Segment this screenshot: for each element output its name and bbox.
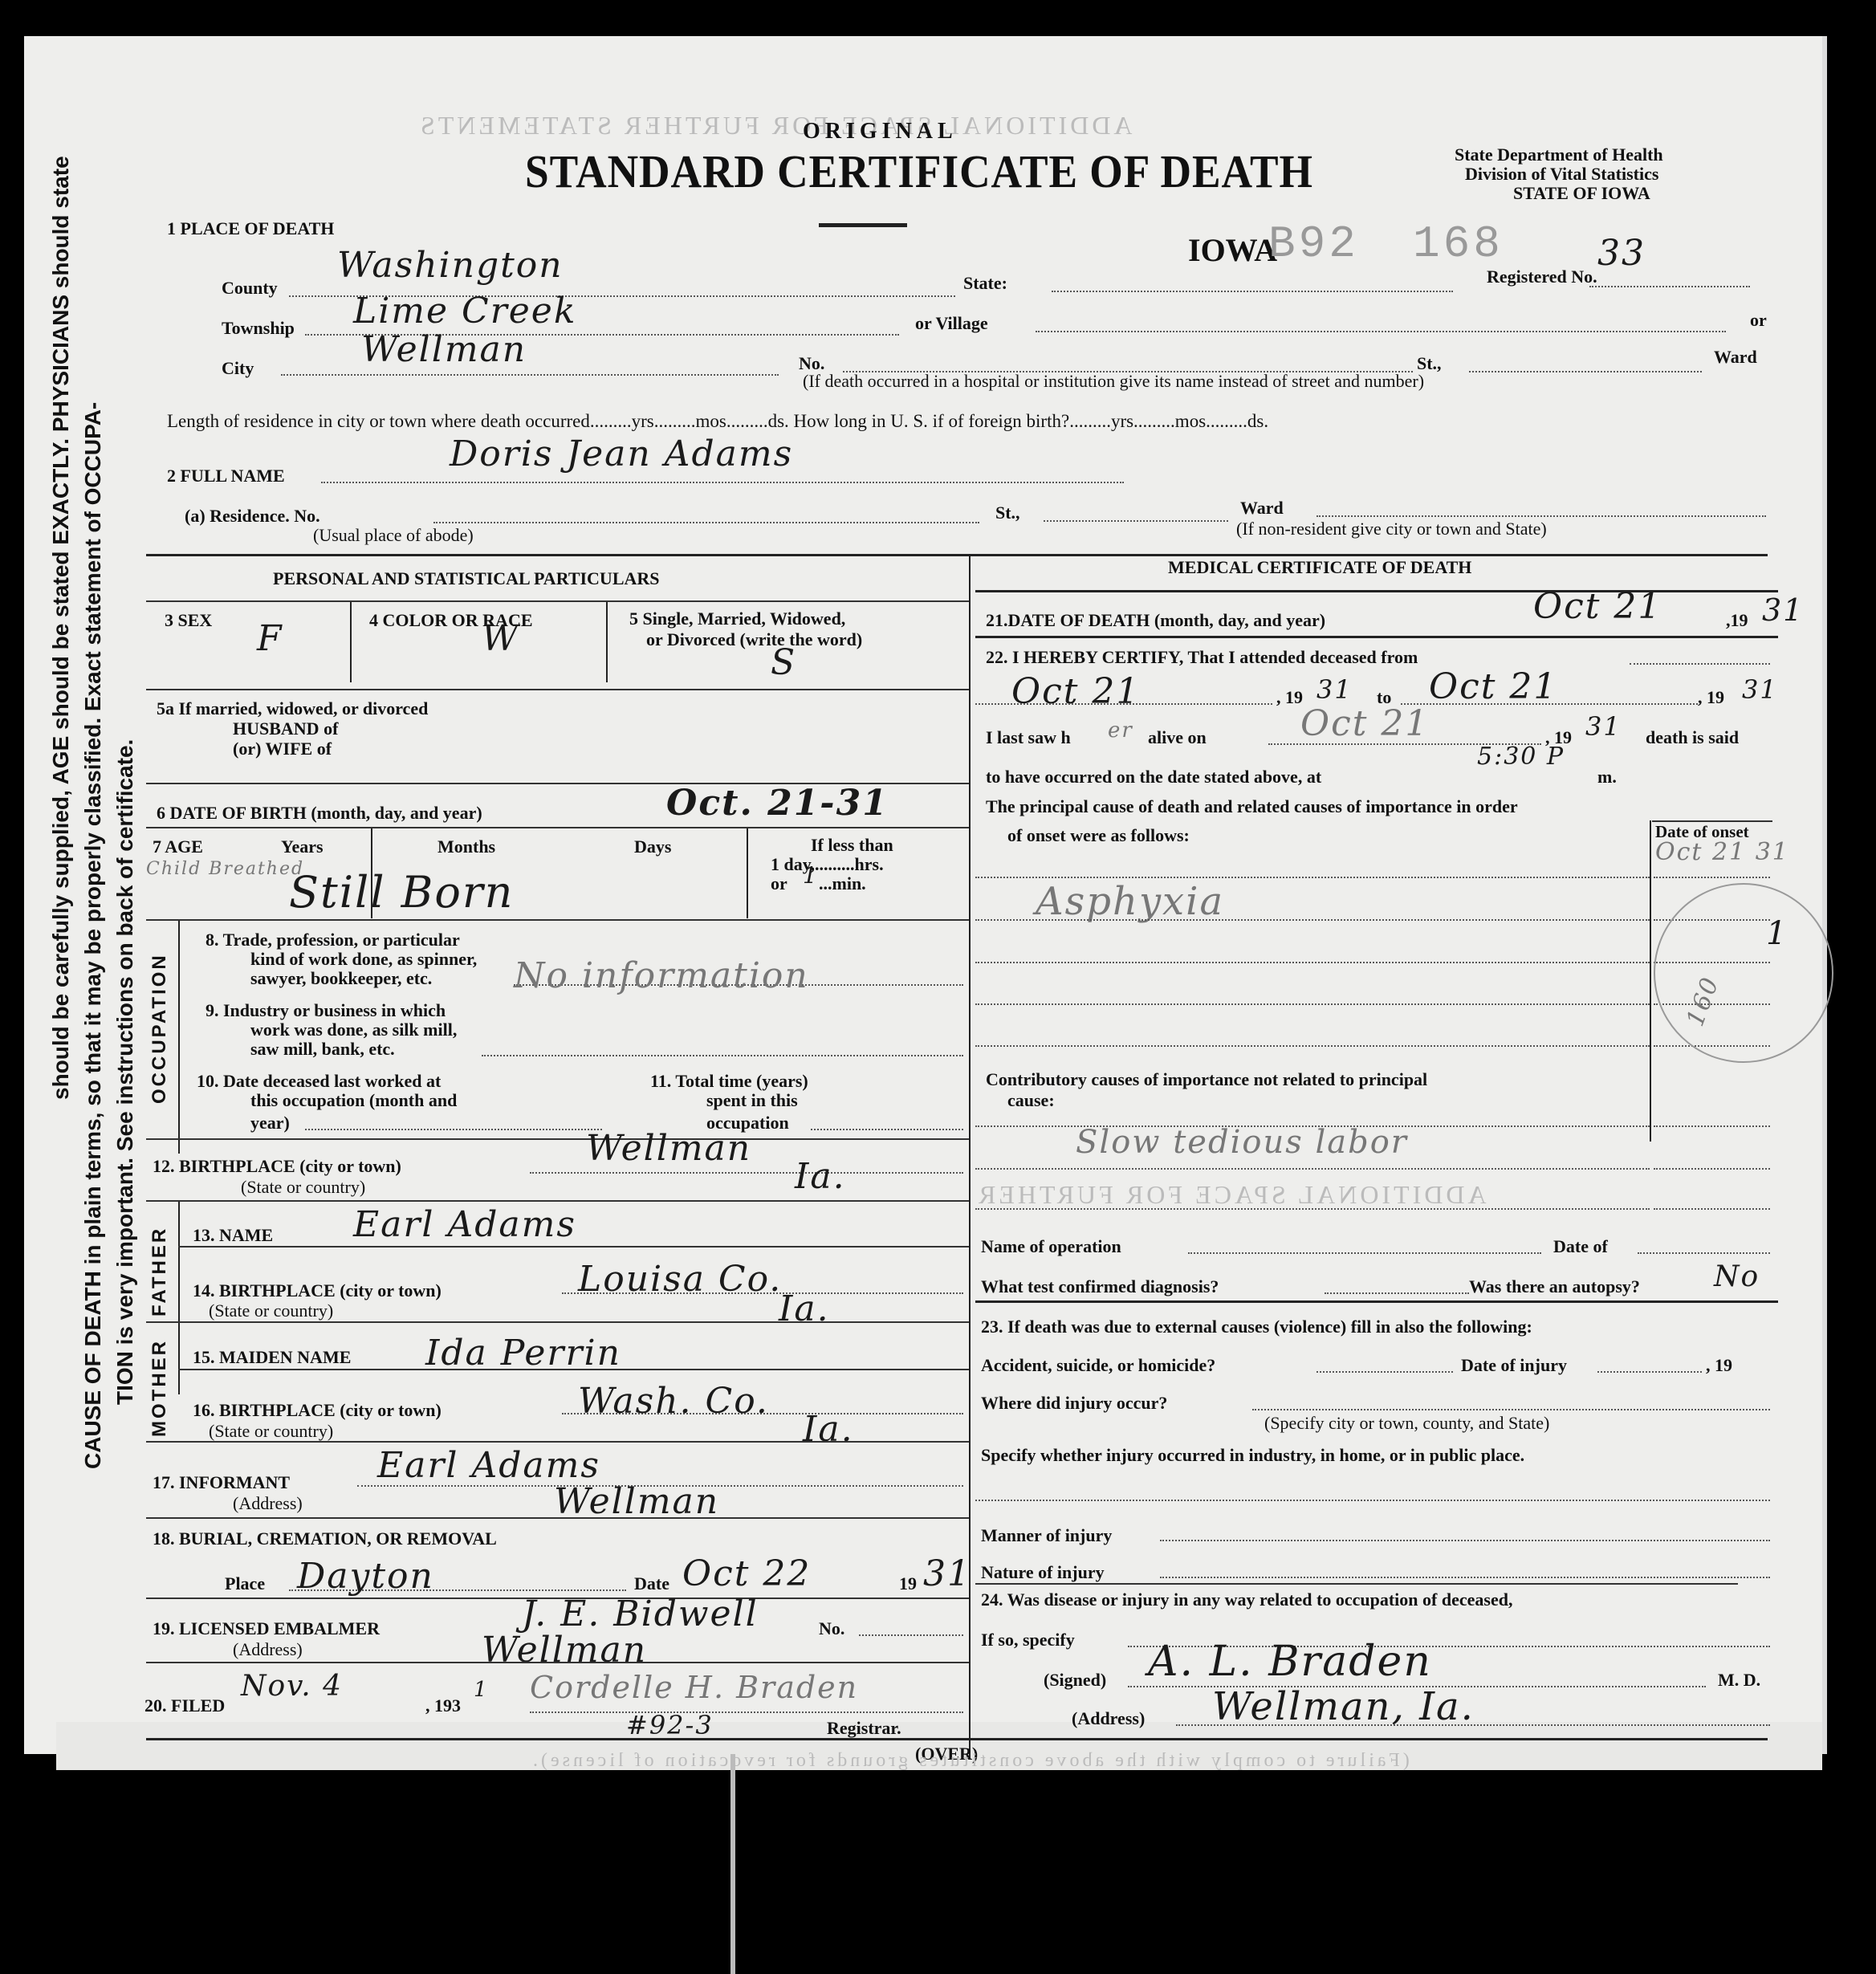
filed-date-value: Nov. 4 (241, 1670, 343, 1703)
last-saw-label-2: alive on (1148, 727, 1207, 748)
agency-line2: Division of Vital Statistics (1465, 164, 1658, 185)
contributory-1: Contributory causes of importance not re… (986, 1069, 1427, 1090)
less-than-min-value: 1 (803, 862, 819, 889)
embalmer-no-label: No. (819, 1618, 844, 1639)
age-months-label: Months (437, 836, 495, 857)
last-saw-year: 31 (1585, 711, 1622, 742)
last-saw-label-1: I last saw h (986, 727, 1071, 748)
manner-label: Manner of injury (981, 1525, 1112, 1546)
dob-label: 6 DATE OF BIRTH (month, day, and year) (157, 803, 482, 824)
occupation-side-label: OCCUPATION (149, 953, 171, 1104)
dod-value: Oct 21 (1533, 586, 1662, 627)
attended-from-year: 31 (1316, 674, 1353, 705)
marital-label-2: or Divorced (write the word) (646, 629, 862, 650)
informant-label: 17. INFORMANT (153, 1472, 290, 1493)
address-value: Wellman, Ia. (1212, 1684, 1475, 1729)
father-name-value: Earl Adams (353, 1204, 576, 1245)
filed-year-value: 1 (474, 1678, 489, 1702)
medical-heading: MEDICAL CERTIFICATE OF DEATH (1168, 557, 1471, 578)
signed-value: A. L. Braden (1148, 1638, 1432, 1686)
occupation-related-label: 24. Was disease or injury in any way rel… (981, 1589, 1512, 1610)
village-label: or Village (915, 313, 988, 334)
father-name-label: 13. NAME (193, 1225, 273, 1246)
onset-value: Oct 21 31 (1655, 838, 1789, 866)
marital-value: S (771, 642, 796, 683)
birthplace-state-value: Ia. (795, 1156, 846, 1197)
embalmer-sub: (Address) (233, 1639, 303, 1660)
page-title: STANDARD CERTIFICATE OF DEATH (525, 144, 1313, 198)
principal-2: of onset were as follows: (1007, 825, 1190, 846)
less-than-min-label: ...min. (819, 873, 866, 894)
where-label: Where did injury occur? (981, 1393, 1167, 1414)
signed-label: (Signed) (1044, 1670, 1106, 1691)
original-mark: ORIGINAL (803, 119, 958, 144)
registrar-number: #92-3 (626, 1710, 714, 1740)
father-side-label: FATHER (149, 1227, 171, 1317)
scan-edge (730, 1754, 735, 1974)
attended-to-year-prefix: , 19 (1698, 687, 1724, 708)
trade-3: sawyer, bookkeeper, etc. (250, 968, 432, 989)
place-of-death-label: 1 PLACE OF DEATH (167, 218, 334, 239)
side-instruction-line1: should be carefully supplied, AGE should… (48, 156, 74, 1100)
birthplace-sub: (State or country) (241, 1177, 365, 1198)
title-rule (819, 223, 907, 227)
ghost-reverse-text: ADDITIONAL SPACE FOR FURTHER STATEMENTS (417, 111, 1133, 140)
birthplace-city-value: Wellman (586, 1128, 751, 1169)
spouse-label-2: HUSBAND of (233, 718, 338, 739)
burial-place-value: Dayton (297, 1556, 434, 1597)
township-value: Lime Creek (353, 291, 576, 332)
filed-label: 20. FILED (144, 1695, 225, 1716)
md-label: M. D. (1718, 1670, 1760, 1691)
ghost-footer-text: (Failure to comply with the above consti… (530, 1750, 1410, 1772)
spouse-label-3: (or) WIFE of (233, 739, 332, 759)
residence-st-label: St., (995, 503, 1020, 523)
county-label: County (222, 278, 278, 299)
mother-maiden-value: Ida Perrin (425, 1333, 621, 1374)
time-value: 5:30 P (1477, 743, 1565, 771)
dod-label: 21.DATE OF DEATH (month, day, and year) (986, 610, 1325, 631)
stamp-code: B92 (1268, 218, 1359, 270)
registrar-signature: Cordelle H. Braden (530, 1670, 858, 1705)
dod-year-prefix: ,19 (1726, 610, 1748, 631)
marital-label-1: 5 Single, Married, Widowed, (629, 608, 845, 629)
race-value: W (482, 618, 519, 659)
burial-date-value: Oct 22 (682, 1553, 811, 1594)
attended-to-year: 31 (1742, 674, 1778, 705)
mother-birthplace-label: 16. BIRTHPLACE (city or town) (193, 1400, 442, 1421)
ward-label: Ward (1714, 347, 1757, 368)
principal-1: The principal cause of death and related… (986, 796, 1518, 817)
stamp-number: 168 (1413, 218, 1504, 270)
time-suffix: m. (1597, 767, 1617, 788)
informant-sub: (Address) (233, 1493, 303, 1514)
where-sub: (Specify city or town, county, and State… (1264, 1413, 1549, 1434)
ghost-middle-text: ADDITIONAL SPACE FOR FURTHER (975, 1180, 1487, 1210)
dob-value: Oct. 21-31 (666, 783, 889, 824)
embalmer-address: Wellman (482, 1630, 647, 1671)
mother-maiden-label: 15. MAIDEN NAME (193, 1347, 351, 1368)
full-name-label: 2 FULL NAME (167, 466, 285, 486)
registered-value: 33 (1597, 233, 1646, 274)
dod-year-value: 31 (1762, 592, 1804, 628)
personal-heading: PERSONAL AND STATISTICAL PARTICULARS (273, 568, 660, 589)
age-value: Still Born (289, 867, 514, 918)
less-than-2: 1 day,.........hrs. (771, 854, 884, 875)
last-saw-date: Oct 21 (1300, 703, 1429, 744)
spouse-label-1: 5a If married, widowed, or divorced (157, 698, 428, 719)
full-name-value: Doris Jean Adams (450, 433, 793, 474)
total-time-1: 11. Total time (years) (650, 1071, 808, 1092)
or-label: or (1750, 310, 1767, 331)
age-years-label: Years (281, 836, 324, 857)
contributory-2: cause: (1007, 1090, 1055, 1111)
mother-birthplace-state: Ia. (803, 1409, 854, 1450)
attended-to: Oct 21 (1429, 666, 1557, 707)
informant-value: Earl Adams (377, 1445, 600, 1486)
certify-label: 22. I HEREBY CERTIFY, That I attended de… (986, 647, 1418, 668)
father-birthplace-sub: (State or country) (209, 1300, 333, 1321)
age-days-label: Days (634, 836, 671, 857)
nonresident-note: (If non-resident give city or town and S… (1236, 519, 1547, 539)
side-instruction-line2: CAUSE OF DEATH in plain terms, so that i… (80, 402, 106, 1469)
occupation-faint-note: No information (514, 955, 809, 996)
sex-value: F (257, 618, 283, 659)
informant-address: Wellman (554, 1481, 719, 1522)
city-value: Wellman (361, 329, 527, 370)
principal-cause-value: Asphyxia (1036, 879, 1224, 924)
burial-year-prefix: 19 (899, 1573, 917, 1594)
nature-label: Nature of injury (981, 1562, 1105, 1583)
county-value: Washington (337, 245, 564, 286)
hospital-note: (If death occurred in a hospital or inst… (803, 371, 1424, 392)
father-birthplace-value: Louisa Co. (578, 1259, 782, 1300)
last-worked-2: this occupation (month and (250, 1090, 457, 1111)
total-time-2: spent in this (706, 1090, 798, 1111)
age-label: 7 AGE (153, 836, 203, 857)
test-label: What test confirmed diagnosis? (981, 1276, 1219, 1297)
filed-year-prefix: , 193 (425, 1695, 461, 1716)
burial-label: 18. BURIAL, CREMATION, OR REMOVAL (153, 1528, 497, 1549)
embalmer-value: J. E. Bidwell (522, 1593, 759, 1634)
birthplace-label: 12. BIRTHPLACE (city or town) (153, 1156, 401, 1177)
residence-length: Length of residence in city or town wher… (167, 411, 1268, 432)
industry-1: 9. Industry or business in which (206, 1000, 446, 1021)
residence-ward-label: Ward (1240, 498, 1284, 519)
registered-label: Registered No. (1487, 267, 1597, 287)
burial-place-label: Place (225, 1573, 265, 1594)
trade-1: 8. Trade, profession, or particular (206, 930, 460, 950)
agency-line1: State Department of Health (1455, 144, 1663, 165)
registrar-label: Registrar. (827, 1718, 901, 1739)
external-label: 23. If death was due to external causes … (981, 1317, 1532, 1337)
autopsy-label: Was there an autopsy? (1469, 1276, 1640, 1297)
address-label: (Address) (1072, 1708, 1145, 1729)
injury-year-prefix: , 19 (1706, 1355, 1732, 1376)
embalmer-label: 19. LICENSED EMBALMER (153, 1618, 380, 1639)
residence-label: (a) Residence. No. (185, 506, 320, 527)
attended-from-year-prefix: , 19 (1276, 687, 1303, 708)
city-label: City (222, 358, 254, 379)
agency-line3: STATE OF IOWA (1513, 183, 1650, 204)
death-said-label: death is said (1646, 727, 1739, 748)
side-instruction-line3: TION is very important. See instructions… (112, 739, 138, 1405)
date-of-label: Date of (1553, 1236, 1608, 1257)
occurred-label: to have occurred on the date stated abov… (986, 767, 1321, 788)
autopsy-value: No (1714, 1260, 1760, 1293)
burial-year-value: 31 (923, 1553, 971, 1594)
less-than-3: or (771, 873, 787, 894)
injury-date-label: Date of injury (1461, 1355, 1567, 1376)
operation-label: Name of operation (981, 1236, 1121, 1257)
mother-side-label: MOTHER (149, 1339, 171, 1437)
state-label: State: (963, 273, 1007, 294)
if-so-label: If so, specify (981, 1630, 1075, 1650)
attended-from: Oct 21 (1011, 671, 1140, 712)
township-label: Township (222, 318, 295, 339)
father-birthplace-label: 14. BIRTHPLACE (city or town) (193, 1280, 442, 1301)
industry-3: saw mill, bank, etc. (250, 1039, 395, 1060)
mother-birthplace-value: Wash. Co. (578, 1381, 769, 1422)
father-birthplace-state: Ia. (779, 1288, 830, 1329)
last-saw-pronoun: er (1108, 718, 1133, 743)
last-worked-3: year) (250, 1113, 290, 1134)
less-than-1: If less than (811, 835, 893, 856)
specify-label: Specify whether injury occurred in indus… (981, 1445, 1524, 1466)
contributory-value: Slow tedious labor (1076, 1124, 1408, 1161)
trade-2: kind of work done, as spinner, (250, 949, 477, 970)
industry-2: work was done, as silk mill, (250, 1020, 457, 1040)
age-margin-note: Child Breathed (146, 859, 304, 879)
residence-sub: (Usual place of abode) (313, 525, 474, 546)
burial-date-label: Date (634, 1573, 669, 1594)
mother-birthplace-sub: (State or country) (209, 1421, 333, 1442)
accident-label: Accident, suicide, or homicide? (981, 1355, 1215, 1376)
sex-label: 3 SEX (165, 610, 212, 631)
state-word: IOWA (1188, 231, 1277, 269)
last-worked-1: 10. Date deceased last worked at (197, 1071, 441, 1092)
